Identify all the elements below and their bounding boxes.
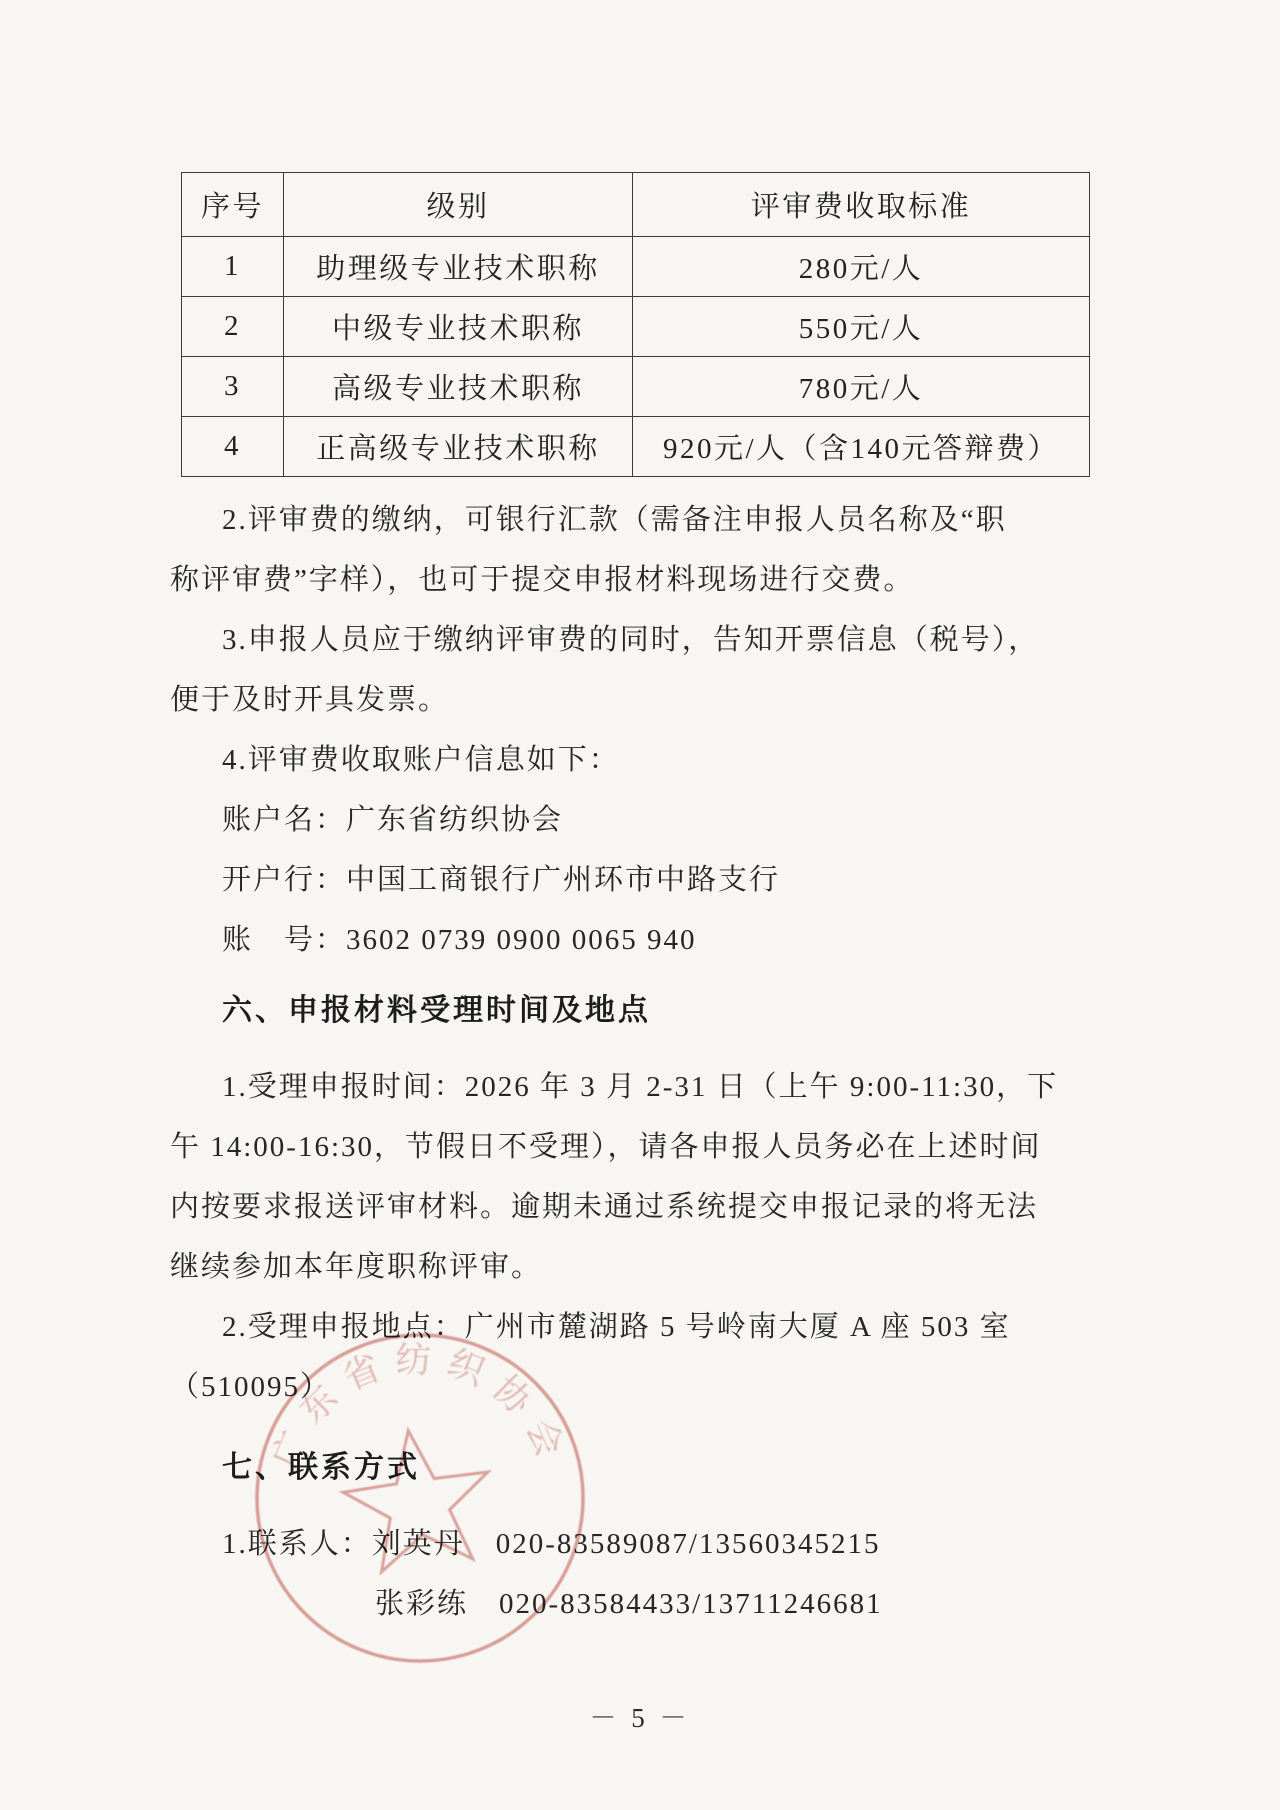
body-line: 1.受理申报时间：2026 年 3 月 2-31 日（上午 9:00-11:30… (170, 1057, 1130, 1117)
body-line: 内按要求报送评审材料。逾期未通过系统提交申报记录的将无法 (170, 1177, 1130, 1237)
body-line: 午 14:00-16:30，节假日不受理），请各申报人员务必在上述时间 (170, 1117, 1130, 1177)
fee-table-cell: 助理级专业技术职称 (284, 237, 633, 297)
fee-table-cell: 2 (182, 297, 284, 357)
fee-table-row: 2中级专业技术职称550元/人 (182, 297, 1090, 357)
fee-table-header-standard: 评审费收取标准 (633, 173, 1090, 237)
fee-table-cell: 780元/人 (633, 357, 1090, 417)
fee-table-cell: 3 (182, 357, 284, 417)
body-line: 4.评审费收取账户信息如下： (170, 730, 1130, 790)
body-line: 3.申报人员应于缴纳评审费的同时，告知开票信息（税号）， (170, 610, 1130, 670)
fee-table-cell: 280元/人 (633, 237, 1090, 297)
fee-table-row: 4正高级专业技术职称920元/人（含140元答辩费） (182, 417, 1090, 477)
fee-table-header-level: 级别 (284, 173, 633, 237)
fee-table-row: 1助理级专业技术职称280元/人 (182, 237, 1090, 297)
page-number: － 5 － (170, 1696, 1110, 1735)
fee-table: 序号 级别 评审费收取标准 1助理级专业技术职称280元/人2中级专业技术职称5… (181, 172, 1090, 477)
section-heading: 七、联系方式 (170, 1438, 1130, 1498)
fee-table-cell: 920元/人（含140元答辩费） (633, 417, 1090, 477)
body-line: （510095） (170, 1357, 1130, 1417)
fee-table-header-row: 序号 级别 评审费收取标准 (182, 173, 1090, 237)
fee-table-cell: 中级专业技术职称 (284, 297, 633, 357)
body-line: 继续参加本年度职称评审。 (170, 1237, 1130, 1297)
body-line: 2.评审费的缴纳，可银行汇款（需备注申报人员名称及“职 (170, 490, 1130, 550)
scanned-document-page: { "fee_table": { "headers": ["序号", "级别",… (0, 0, 1280, 1810)
fee-table-row: 3高级专业技术职称780元/人 (182, 357, 1090, 417)
body-line: 账 号：3602 0739 0900 0065 940 (170, 910, 1130, 970)
body-line: 便于及时开具发票。 (170, 670, 1130, 730)
document-body: 2.评审费的缴纳，可银行汇款（需备注申报人员名称及“职称评审费”字样），也可于提… (170, 490, 1130, 1634)
body-line: 2.受理申报地点：广州市麓湖路 5 号岭南大厦 A 座 503 室 (170, 1297, 1130, 1357)
body-line: 1.联系人：刘英丹 020-83589087/13560345215 (170, 1514, 1130, 1574)
fee-table-cell: 4 (182, 417, 284, 477)
fee-table-cell: 550元/人 (633, 297, 1090, 357)
fee-table-header-index: 序号 (182, 173, 284, 237)
body-line: 开户行：中国工商银行广州环市中路支行 (170, 850, 1130, 910)
body-line: 称评审费”字样），也可于提交申报材料现场进行交费。 (170, 550, 1130, 610)
section-heading: 六、申报材料受理时间及地点 (170, 981, 1130, 1041)
fee-table-cell: 1 (182, 237, 284, 297)
body-line: 账户名：广东省纺织协会 (170, 790, 1130, 850)
body-line: 张彩练 020-83584433/13711246681 (170, 1574, 1130, 1634)
fee-table-cell: 高级专业技术职称 (284, 357, 633, 417)
fee-table-cell: 正高级专业技术职称 (284, 417, 633, 477)
